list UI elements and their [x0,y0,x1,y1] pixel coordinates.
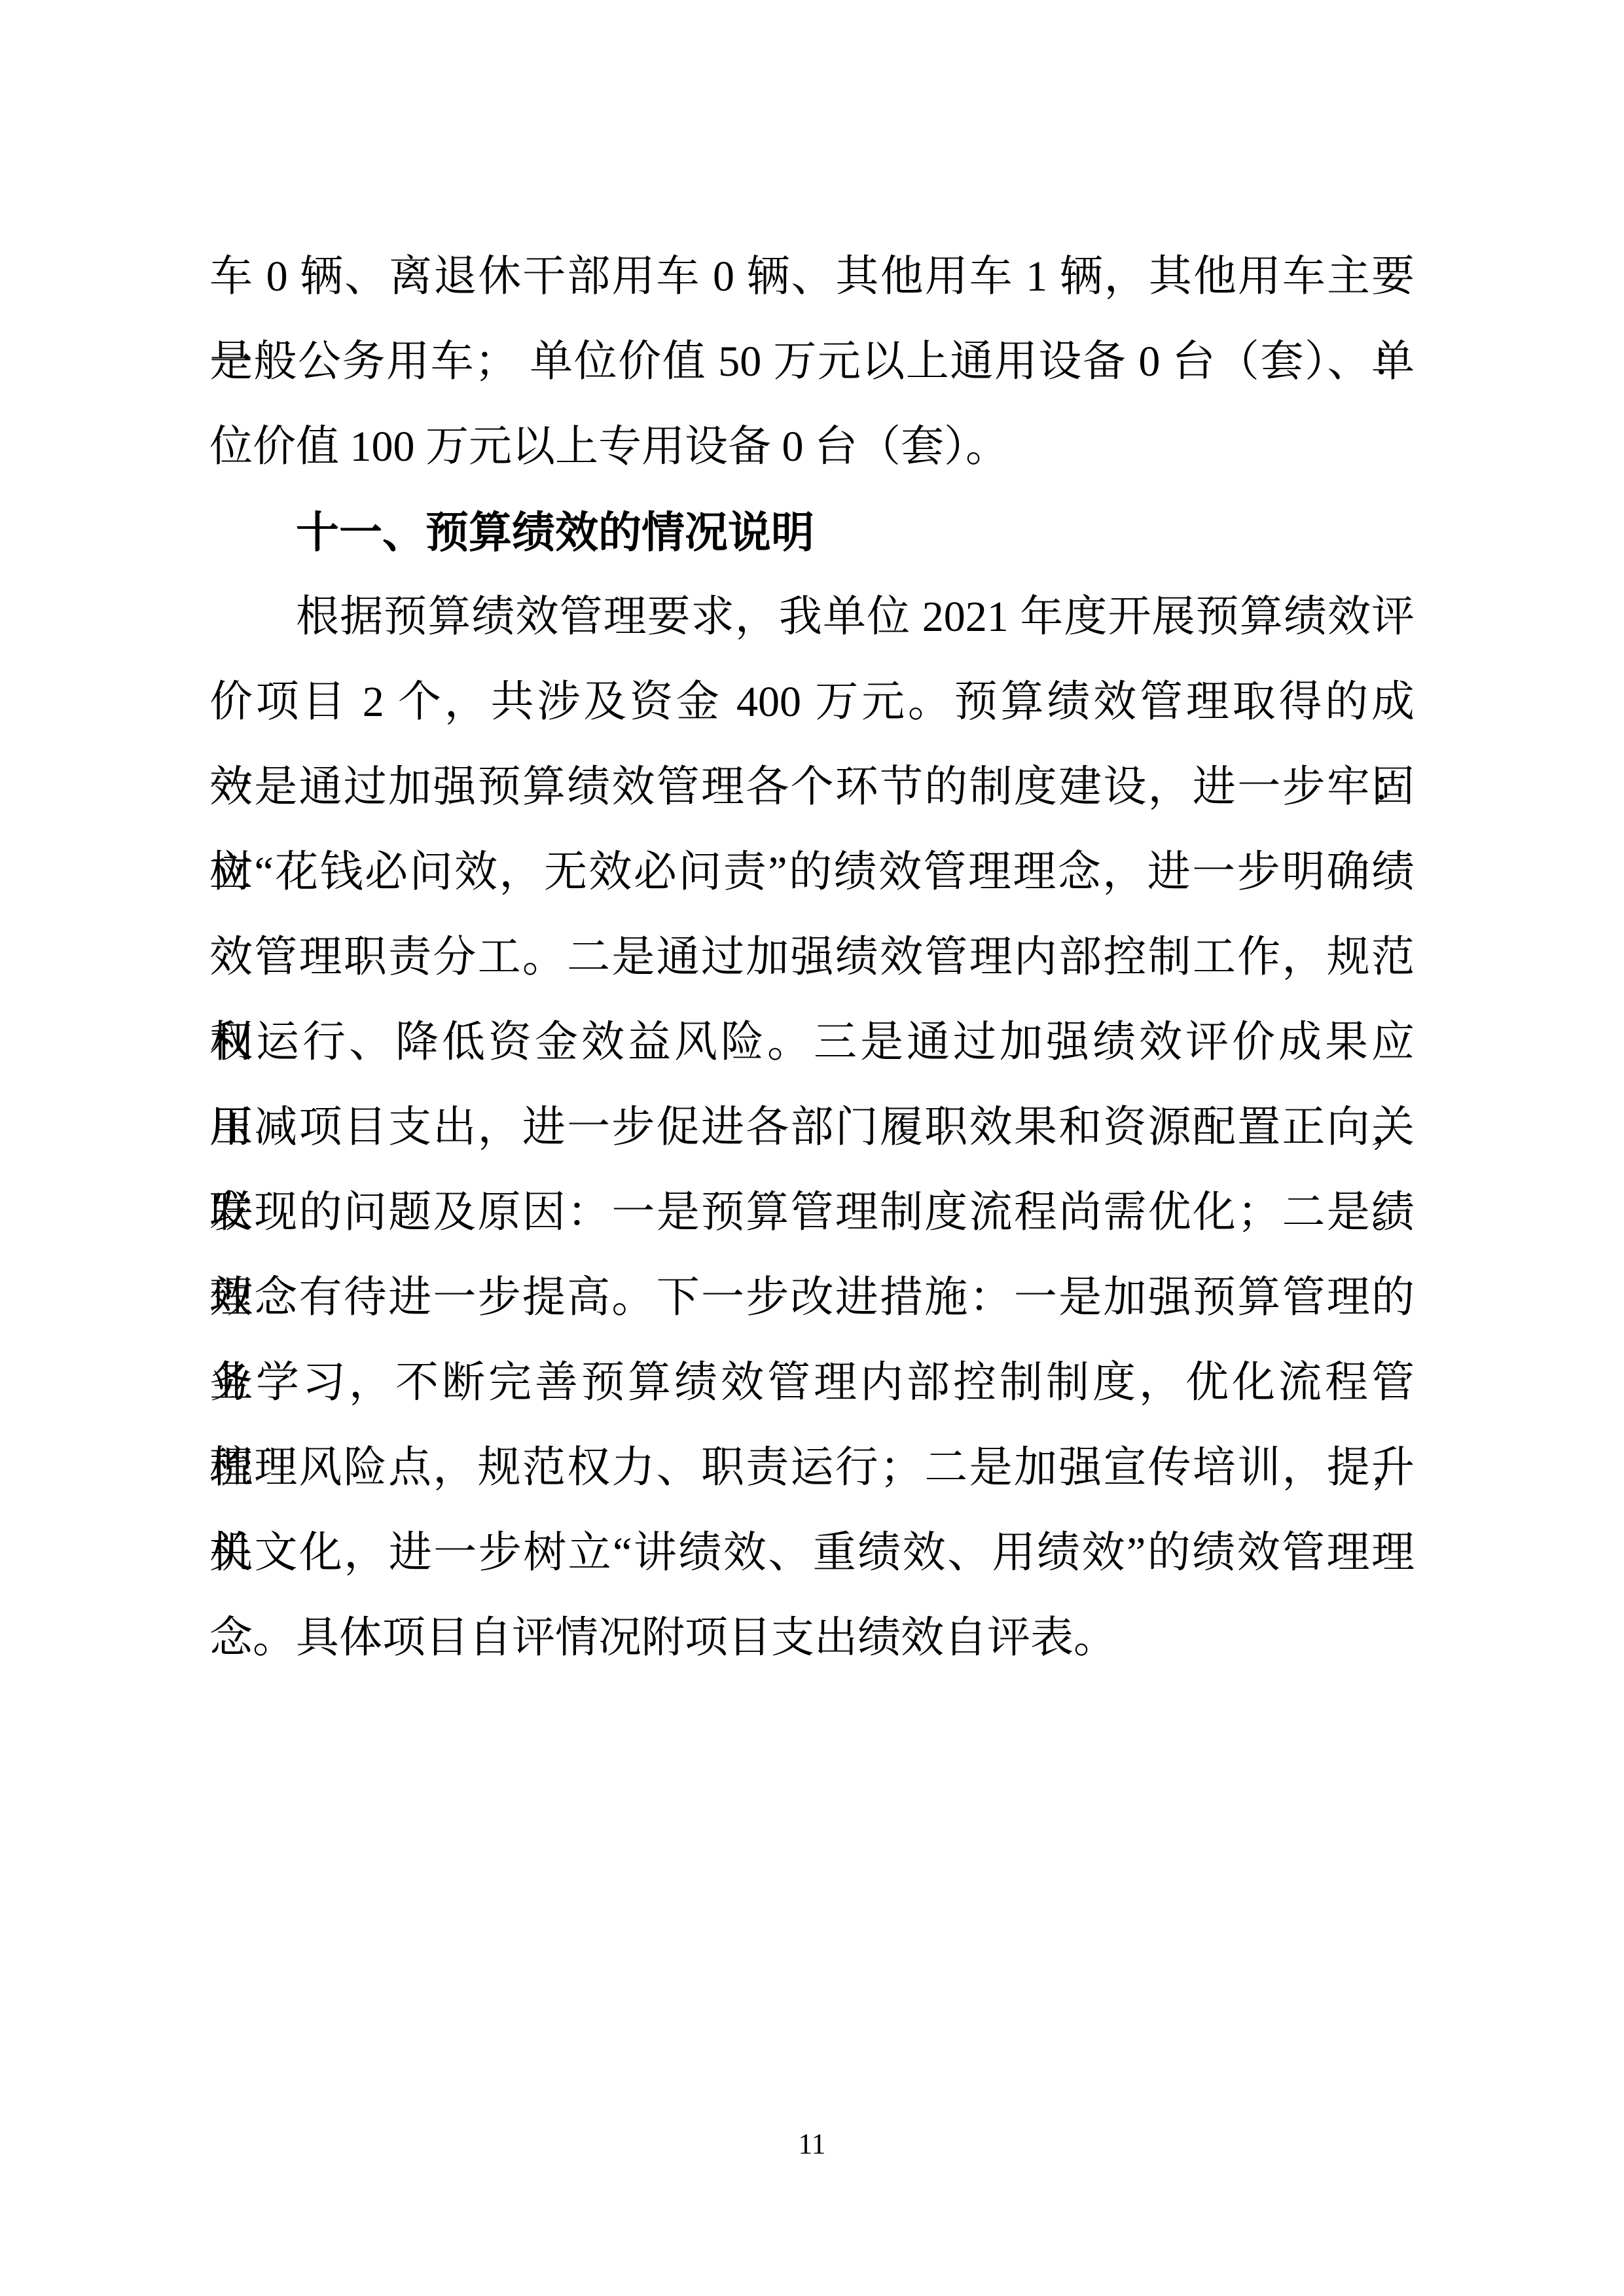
body-line: 压减项目支出，进一步促进各部门履职效果和资源配置正向关联。 [209,1085,1415,1170]
body-line: 务学习，不断完善预算绩效管理内部控制制度，优化流程管理， [209,1340,1415,1426]
body-line: 价项目 2 个，共涉及资金 400 万元。预算绩效管理取得的成效： [209,660,1415,745]
body-line: 根据预算绩效管理要求，我单位 2021 年度开展预算绩效评 [209,575,1415,660]
body-line: 念。具体项目自评情况附项目支出绩效自评表。 [209,1596,1415,1681]
body-line: 效管理职责分工。二是通过加强绩效管理内部控制工作，规范权 [209,915,1415,1000]
body-line: 利运行、降低资金效益风险。三是通过加强绩效评价成果应用， [209,1000,1415,1085]
body-line: 立“花钱必问效，无效必问责”的绩效管理理念，进一步明确绩 [209,830,1415,915]
body-line: 发现的问题及原因：一是预算管理制度流程尚需优化；二是绩效 [209,1170,1415,1255]
body-line: 车 0 辆、离退休干部用车 0 辆、其他用车 1 辆，其他用车主要是： [209,234,1415,319]
document-body: 车 0 辆、离退休干部用车 0 辆、其他用车 1 辆，其他用车主要是： 一般公务… [209,234,1415,1681]
document-page: 车 0 辆、离退休干部用车 0 辆、其他用车 1 辆，其他用车主要是： 一般公务… [0,0,1624,2296]
body-line: 一是通过加强预算绩效管理各个环节的制度建设，进一步牢固树 [209,745,1415,830]
body-line: 位价值 100 万元以上专用设备 0 台（套）。 [209,404,1415,490]
body-line: 梳理风险点，规范权力、职责运行；二是加强宣传培训，提升机 [209,1426,1415,1511]
body-line: 关文化，进一步树立“讲绩效、重绩效、用绩效”的绩效管理理 [209,1511,1415,1596]
section-heading: 十一、预算绩效的情况说明 [209,490,1415,575]
page-number: 11 [0,2126,1624,2162]
body-line: 一般公务用车； 单位价值 50 万元以上通用设备 0 台（套）、单 [209,319,1415,404]
body-line: 理念有待进一步提高。下一步改进措施：一是加强预算管理的业 [209,1255,1415,1340]
